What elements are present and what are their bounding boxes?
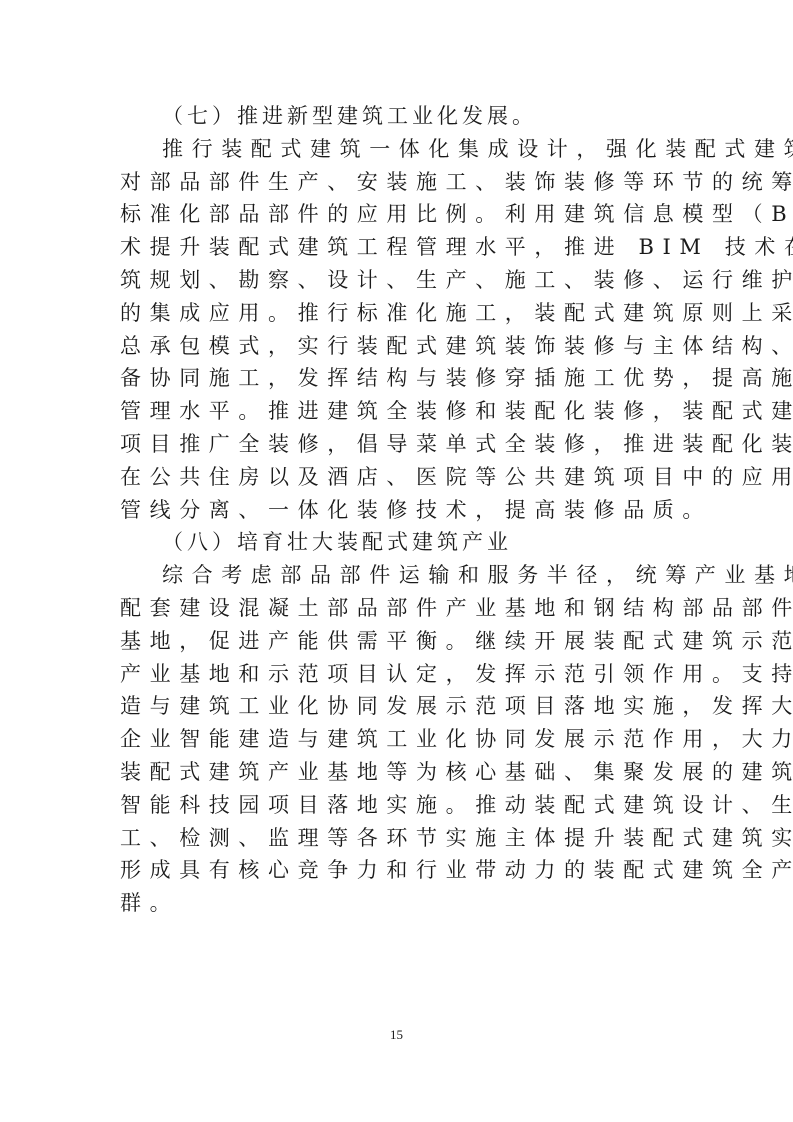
text-line: 备协同施工，发挥结构与装修穿插施工优势，提高施工现场 xyxy=(120,362,676,395)
text-line: 的集成应用。推行标准化施工，装配式建筑原则上采用工程 xyxy=(120,297,676,330)
section-7-paragraph: 推行装配式建筑一体化集成设计，强化装配式建筑设计对部品部件生产、安装施工、装饰装… xyxy=(120,133,676,527)
section-8-paragraph: 综合考虑部品部件运输和服务半径，统筹产业基地布局，配套建设混凝土部品部件产业基地… xyxy=(120,559,676,920)
text-line: 综合考虑部品部件运输和服务半径，统筹产业基地布局， xyxy=(120,559,676,592)
section-8-heading: （八）培育壮大装配式建筑产业 xyxy=(120,526,676,559)
document-page: （七）推进新型建筑工业化发展。 推行装配式建筑一体化集成设计，强化装配式建筑设计… xyxy=(0,0,793,1122)
page-number: 15 xyxy=(0,1027,793,1043)
text-line: 智能科技园项目落地实施。推动装配式建筑设计、生产、施 xyxy=(120,789,676,822)
text-line: 群。 xyxy=(120,887,676,920)
section-7-heading: （七）推进新型建筑工业化发展。 xyxy=(120,100,676,133)
text-line: 在公共住房以及酒店、医院等公共建筑项目中的应用，推广 xyxy=(120,461,676,494)
text-line: 术提升装配式建筑工程管理水平，推进 BIM 技术在装配式建 xyxy=(120,231,676,264)
text-line: 项目推广全装修，倡导菜单式全装修，推进装配化装修技术 xyxy=(120,428,676,461)
text-line: 基地，促进产能供需平衡。继续开展装配式建筑示范区域、 xyxy=(120,625,676,658)
text-line: 总承包模式，实行装配式建筑装饰装修与主体结构、机电设 xyxy=(120,330,676,363)
text-line: 造与建筑工业化协同发展示范项目落地实施，发挥大型国有 xyxy=(120,690,676,723)
text-line: 装配式建筑产业基地等为核心基础、集聚发展的建筑工业化 xyxy=(120,756,676,789)
text-line: 标准化部品部件的应用比例。利用建筑信息模型（BIM）技 xyxy=(120,198,676,231)
text-line: 工、检测、监理等各环节实施主体提升装配式建筑实施水平， xyxy=(120,822,676,855)
text-line: 配套建设混凝土部品部件产业基地和钢结构部品部件产业 xyxy=(120,592,676,625)
text-line: 管线分离、一体化装修技术，提高装修品质。 xyxy=(120,494,676,527)
text-line: 对部品部件生产、安装施工、装饰装修等环节的统筹，提高 xyxy=(120,166,676,199)
text-line: 筑规划、勘察、设计、生产、施工、装修、运行维护全过程 xyxy=(120,264,676,297)
text-line: 产业基地和示范项目认定，发挥示范引领作用。支持智能建 xyxy=(120,658,676,691)
text-line: 管理水平。推进建筑全装修和装配化装修，装配式建筑工程 xyxy=(120,395,676,428)
text-line: 形成具有核心竞争力和行业带动力的装配式建筑全产业集 xyxy=(120,854,676,887)
document-body: （七）推进新型建筑工业化发展。 推行装配式建筑一体化集成设计，强化装配式建筑设计… xyxy=(120,100,676,920)
text-line: 推行装配式建筑一体化集成设计，强化装配式建筑设计 xyxy=(120,133,676,166)
text-line: 企业智能建造与建筑工业化协同发展示范作用，大力支持以 xyxy=(120,723,676,756)
